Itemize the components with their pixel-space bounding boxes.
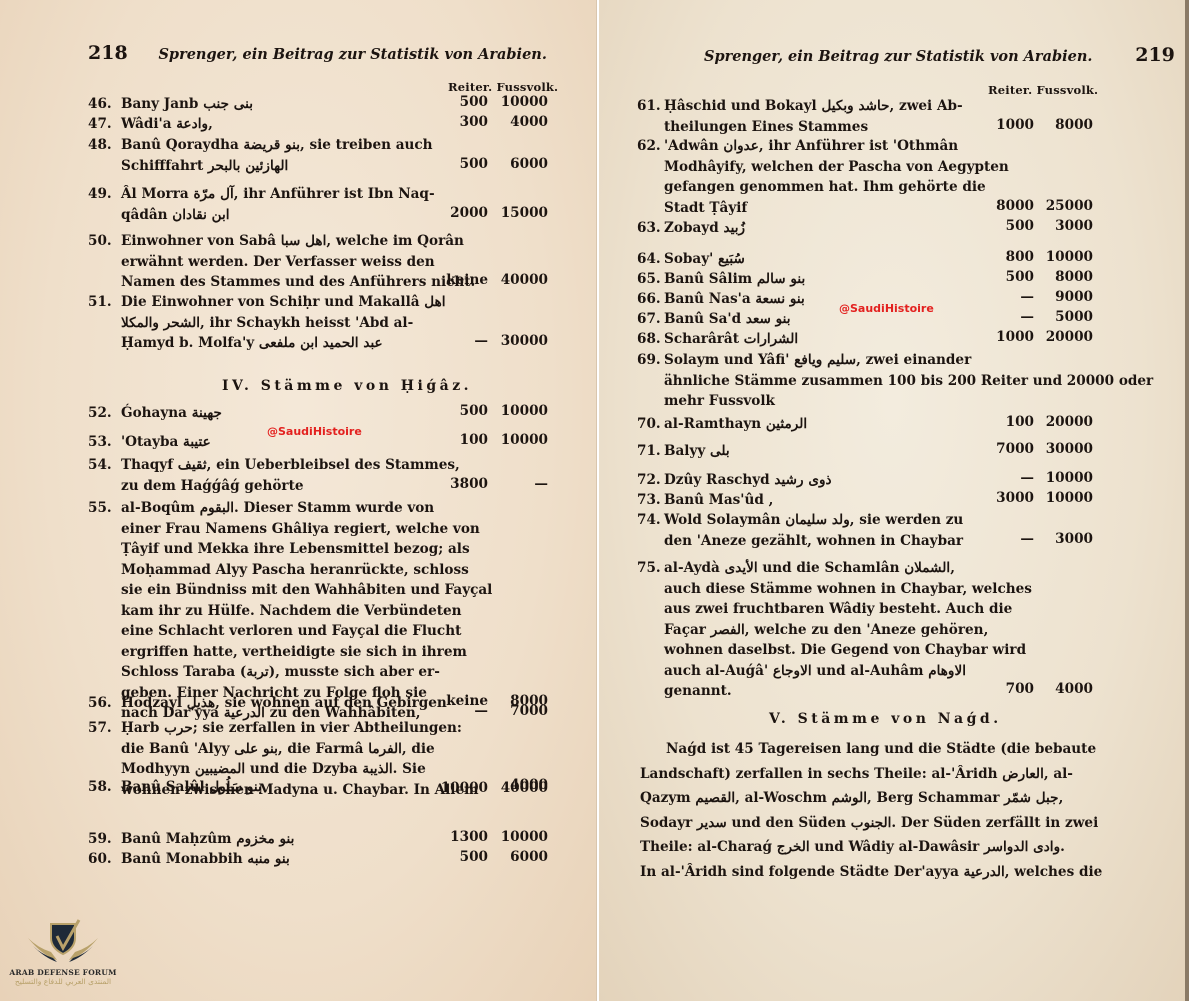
entry-number: 75. <box>637 558 667 579</box>
entry-line: Modhâyify, welchen der Pascha von Aegypt… <box>664 157 1009 178</box>
entry-number: 61. <box>637 96 667 117</box>
reiter-value: 700 <box>939 681 1034 697</box>
fussvolk-value: 20000 <box>1036 414 1093 430</box>
entry-line: al-Aydà الأيدى und die Schamlân الشملان, <box>664 558 1032 579</box>
entry-line: Façar الفصر, welche zu den 'Aneze gehöre… <box>664 620 1032 641</box>
reiter-value: — <box>939 531 1034 547</box>
entry-line: Thaqyf ثقيف, ein Ueberbleibsel des Stamm… <box>121 455 460 476</box>
entry-line: Banû Nas'a بنو نسعة <box>664 289 805 310</box>
entry-line: 'Otayba عتيبة <box>121 432 211 453</box>
entry-line: 'Adwân عدوان, ihr Anführer ist 'Othmân <box>664 136 1009 157</box>
entry-text: 'Otayba عتيبة <box>121 432 211 453</box>
entry-text: Zobayd زُبيد <box>664 218 745 239</box>
fussvolk-value: 10000 <box>490 432 548 448</box>
entry-line: Banû Sa'd بنو سعد <box>664 309 791 330</box>
entry-line: theilungen Eines Stammes <box>664 117 963 138</box>
fussvolk-value: 4000 <box>1036 681 1093 697</box>
fussvolk-value: 10000 <box>490 829 548 845</box>
reiter-value: 500 <box>939 269 1034 285</box>
entry-line: Zobayd زُبيد <box>664 218 745 239</box>
paragraph-line: Sodayr سدير und den Süden الجنوب. Der Sü… <box>640 811 1098 836</box>
entry-number: 74. <box>637 510 667 531</box>
entry-number: 47. <box>88 114 118 135</box>
reiter-value: 500 <box>400 94 488 110</box>
header-fussvolk: Fussvolk. <box>1037 83 1099 97</box>
fussvolk-value: 25000 <box>1036 198 1093 214</box>
entry-text: Balyy بلى <box>664 441 730 462</box>
entry-line: eine Schlacht verloren und Fayçal die Fl… <box>121 621 492 642</box>
entry-line: Schifffahrt الهازئين بالبحر <box>121 156 433 177</box>
entry-line: Wâdi'a وادعة, <box>121 114 213 135</box>
entry-line: Wold Solaymân ولد سليمان, sie werden zu <box>664 510 963 531</box>
fussvolk-value: 40000 <box>490 272 548 288</box>
entry-text: Banû Maḥzûm بنو مخزوم <box>121 829 294 850</box>
reiter-value: — <box>939 470 1034 486</box>
entry-line: Banû Qoraydha بنو قريضة, sie treiben auc… <box>121 135 433 156</box>
entry-line: Banû Sâlim بنو سالم <box>664 269 805 290</box>
entry-text: Solaym und Yâfi' سليم ويافع, zwei einand… <box>664 350 1153 412</box>
fussvolk-value: 10000 <box>490 94 548 110</box>
watermark: @SaudiHistoire <box>839 302 934 315</box>
shield-wings-icon <box>23 918 103 968</box>
logo-name-ar: المنتدى العربي للدفاع والتسليح <box>8 977 118 986</box>
entry-line: al-Ramthayn الرمثين <box>664 414 807 435</box>
reiter-value: 3800 <box>400 476 488 492</box>
fussvolk-value: 4000 <box>490 777 548 793</box>
entry-number: 55. <box>88 498 118 519</box>
reiter-value: 300 <box>400 114 488 130</box>
right-running-head: Sprenger, ein Beitrag zur Statistik von … <box>704 44 1175 66</box>
reiter-value: 500 <box>400 849 488 865</box>
fussvolk-value: 8000 <box>1036 117 1093 133</box>
entry-text: al-Ramthayn الرمثين <box>664 414 807 435</box>
fussvolk-value: 3000 <box>1036 531 1093 547</box>
fussvolk-value: 8000 <box>1036 269 1093 285</box>
entry-text: Banû Sa'd بنو سعد <box>664 309 791 330</box>
entry-line: Die Einwohner von Schiḥr und Makallâ اهل <box>121 292 446 313</box>
entry-text: Banû Qoraydha بنو قريضة, sie treiben auc… <box>121 135 433 176</box>
reiter-value: 500 <box>400 403 488 419</box>
entry-text: Banû Mas'ûd , <box>664 490 773 511</box>
entry-line: Âl Morra آل مرّة, ihr Anführer ist Ibn N… <box>121 184 435 205</box>
entry-text: Dzûy Raschyd ذوى رشيد <box>664 470 832 491</box>
fussvolk-value: 10000 <box>490 403 548 419</box>
entry-number: 48. <box>88 135 118 156</box>
entry-number: 71. <box>637 441 667 462</box>
entry-number: 63. <box>637 218 667 239</box>
entry-line: Scharârât الشرارات <box>664 329 798 350</box>
entry-line: Banû Salûl بنو سَلُول <box>121 777 262 798</box>
paragraph-line: Naǵd ist 45 Tagereisen lang und die Städ… <box>640 737 1098 762</box>
entry-line: Banû Monabbih بنو منبه <box>121 849 290 870</box>
left-column-headers: Reiter. Fussvolk. <box>448 80 558 94</box>
entry-line: auch diese Stämme wohnen in Chaybar, wel… <box>664 579 1032 600</box>
reiter-value: 1000 <box>939 117 1034 133</box>
entry-number: 62. <box>637 136 667 157</box>
fussvolk-value: 10000 <box>1036 490 1093 506</box>
entry-number: 70. <box>637 414 667 435</box>
paragraph-line: Landschaft) zerfallen in sechs Theile: a… <box>640 762 1098 787</box>
reiter-value: — <box>939 289 1034 305</box>
header-reiter: Reiter. <box>988 83 1032 97</box>
entry-number: 65. <box>637 269 667 290</box>
entry-line: mehr Fussvolk <box>664 391 1153 412</box>
entry-number: 72. <box>637 470 667 491</box>
entry-text: Wold Solaymân ولد سليمان, sie werden zud… <box>664 510 963 551</box>
header-reiter: Reiter. <box>448 80 492 94</box>
fussvolk-value: 10000 <box>1036 249 1093 265</box>
fussvolk-value: 8000 <box>490 693 548 709</box>
entry-text: Bany Janb بنى جنب <box>121 94 253 115</box>
entry-line: den 'Aneze gezählt, wohnen in Chaybar <box>664 531 963 552</box>
right-page: Sprenger, ein Beitrag zur Statistik von … <box>599 0 1189 1001</box>
fussvolk-value: 9000 <box>1036 289 1093 305</box>
entry-line: Banû Mas'ûd , <box>664 490 773 511</box>
reiter-value: 100 <box>939 414 1034 430</box>
fussvolk-value: 4000 <box>490 114 548 130</box>
entry-text: Âl Morra آل مرّة, ihr Anführer ist Ibn N… <box>121 184 435 225</box>
entry-text: Banû Salûl بنو سَلُول <box>121 777 262 798</box>
entry-text: Wâdi'a وادعة, <box>121 114 213 135</box>
entry-line: sie ein Bündniss mit den Wahhâbiten und … <box>121 580 492 601</box>
fussvolk-value: — <box>490 476 548 492</box>
right-page-number: 219 <box>1135 44 1175 66</box>
entry-line: Bany Janb بنى جنب <box>121 94 253 115</box>
entry-line: Sobay' سُبَيع <box>664 249 745 270</box>
entry-line: ähnliche Stämme zusammen 100 bis 200 Rei… <box>664 371 1153 392</box>
entry-text: Ḥâschid und Bokayl حاشد وبكيل, zwei Ab-t… <box>664 96 963 137</box>
reiter-value: 10000 <box>400 780 488 796</box>
entry-line: aus zwei fruchtbaren Wâdiy besteht. Auch… <box>664 599 1032 620</box>
section-title-higaz: IV. Stämme von Ḥiǵâz. <box>222 378 472 394</box>
entry-line: Ḥarb حرب; sie zerfallen in vier Abtheilu… <box>121 718 478 739</box>
entry-number: 52. <box>88 403 118 424</box>
entry-line: Balyy بلى <box>664 441 730 462</box>
paragraph-line: In al-'Âridh sind folgende Städte Der'ay… <box>640 860 1098 885</box>
header-fussvolk: Fussvolk. <box>497 80 559 94</box>
entry-text: Banû Monabbih بنو منبه <box>121 849 290 870</box>
entry-number: 69. <box>637 350 667 371</box>
reiter-value: 3000 <box>939 490 1034 506</box>
entry-number: 64. <box>637 249 667 270</box>
left-page: 218 Sprenger, ein Beitrag zur Statistik … <box>0 0 597 1001</box>
entry-line: die Banû 'Alyy بنو على, die Farmâ الفرما… <box>121 739 478 760</box>
entry-number: 73. <box>637 490 667 511</box>
nagd-paragraph: Naǵd ist 45 Tagereisen lang und die Städ… <box>640 737 1098 884</box>
entry-number: 59. <box>88 829 118 850</box>
section-title-nagd: V. Stämme von Naǵd. <box>769 711 1002 727</box>
reiter-value: 7000 <box>939 441 1034 457</box>
entry-line: erwähnt werden. Der Verfasser weiss den <box>121 252 475 273</box>
entry-line: الشحر والمكلا, ihr Schaykh heisst 'Abd a… <box>121 313 446 334</box>
reiter-value: 8000 <box>939 198 1034 214</box>
reiter-value: 800 <box>939 249 1034 265</box>
entry-number: 50. <box>88 231 118 252</box>
entry-line: einer Frau Namens Ghâliya regiert, welch… <box>121 519 492 540</box>
entry-number: 51. <box>88 292 118 313</box>
entry-line: Ḥamyd b. Molfa'y عبد الحميد ابن ملفعى <box>121 333 446 354</box>
reiter-value: keine <box>400 693 488 709</box>
entry-text: al-Boqûm البقوم. Dieser Stamm wurde vone… <box>121 498 492 724</box>
entry-line: Dzûy Raschyd ذوى رشيد <box>664 470 832 491</box>
entry-text: Die Einwohner von Schiḥr und Makallâ اهل… <box>121 292 446 354</box>
entry-number: 46. <box>88 94 118 115</box>
entry-text: Sobay' سُبَيع <box>664 249 745 270</box>
right-running-title: Sprenger, ein Beitrag zur Statistik von … <box>704 48 1092 65</box>
entry-line: Ṭâyif und Mekka ihre Lebensmittel bezog;… <box>121 539 492 560</box>
fussvolk-value: 20000 <box>1036 329 1093 345</box>
reiter-value: 500 <box>400 156 488 172</box>
fussvolk-value: 3000 <box>1036 218 1093 234</box>
entry-text: al-Aydà الأيدى und die Schamlân الشملان,… <box>664 558 1032 702</box>
entry-text: Hodzayl هذيل, sie wohnen auf den Gebirge… <box>121 693 447 714</box>
reiter-value: keine <box>400 272 488 288</box>
entry-line: Ḥâschid und Bokayl حاشد وبكيل, zwei Ab- <box>664 96 963 117</box>
right-column-headers: Reiter. Fussvolk. <box>988 83 1098 97</box>
entry-line: Solaym und Yâfi' سليم ويافع, zwei einand… <box>664 350 1153 371</box>
entry-line: kam ihr zu Hülfe. Nachdem die Verbündete… <box>121 601 492 622</box>
entry-number: 60. <box>88 849 118 870</box>
entry-number: 49. <box>88 184 118 205</box>
entry-number: 67. <box>637 309 667 330</box>
arab-defense-forum-logo: ARAB DEFENSE FORUM المنتدى العربي للدفاع… <box>8 918 118 1000</box>
logo-name-en: ARAB DEFENSE FORUM <box>8 968 118 977</box>
fussvolk-value: 5000 <box>1036 309 1093 325</box>
reiter-value: 2000 <box>400 205 488 221</box>
watermark: @SaudiHistoire <box>267 425 362 438</box>
entry-line: al-Boqûm البقوم. Dieser Stamm wurde von <box>121 498 492 519</box>
entry-line: Einwohner von Sabâ اهل سبا, welche im Qo… <box>121 231 475 252</box>
reiter-value: 1300 <box>400 829 488 845</box>
paragraph-line: Theile: al-Charaǵ الخرج und Wâdiy al-Daw… <box>640 835 1098 860</box>
entry-line: Schloss Taraba (تربة), musste sich aber … <box>121 662 492 683</box>
entry-line: qâdân ابن نقادان <box>121 205 435 226</box>
reiter-value: 1000 <box>939 329 1034 345</box>
reiter-value: 500 <box>939 218 1034 234</box>
left-running-title: Sprenger, ein Beitrag zur Statistik von … <box>158 46 546 63</box>
entry-line: gefangen genommen hat. Ihm gehörte die <box>664 177 1009 198</box>
entry-text: Banû Nas'a بنو نسعة <box>664 289 805 310</box>
entry-number: 53. <box>88 432 118 453</box>
entry-line: Banû Maḥzûm بنو مخزوم <box>121 829 294 850</box>
entry-number: 56. <box>88 693 118 714</box>
entry-line: Ǵohayna جهينة <box>121 403 222 424</box>
fussvolk-value: 6000 <box>490 156 548 172</box>
entry-line: Hodzayl هذيل, sie wohnen auf den Gebirge… <box>121 693 447 714</box>
entry-line: Moḥammad Alyy Pascha heranrückte, schlos… <box>121 560 492 581</box>
entry-number: 66. <box>637 289 667 310</box>
entry-number: 58. <box>88 777 118 798</box>
fussvolk-value: 10000 <box>1036 470 1093 486</box>
fussvolk-value: 6000 <box>490 849 548 865</box>
paragraph-line: Qazym القصيم, al-Woschm الوشم, Berg Scha… <box>640 786 1098 811</box>
entry-text: Banû Sâlim بنو سالم <box>664 269 805 290</box>
reiter-value: 100 <box>400 432 488 448</box>
fussvolk-value: 15000 <box>490 205 548 221</box>
reiter-value: — <box>400 333 488 349</box>
fussvolk-value: 30000 <box>1036 441 1093 457</box>
entry-text: Scharârât الشرارات <box>664 329 798 350</box>
reiter-value: — <box>939 309 1034 325</box>
fussvolk-value: 30000 <box>490 333 548 349</box>
entry-line: ergriffen hatte, vertheidigte sie sich i… <box>121 642 492 663</box>
entry-number: 54. <box>88 455 118 476</box>
entry-number: 57. <box>88 718 118 739</box>
entry-number: 68. <box>637 329 667 350</box>
left-page-number: 218 <box>88 42 128 64</box>
left-running-head: 218 Sprenger, ein Beitrag zur Statistik … <box>88 42 547 64</box>
entry-line: auch al-Auǵâ' الاوجاع und al-Auhâm الاوه… <box>664 661 1032 682</box>
entry-line: wohnen daselbst. Die Gegend von Chaybar … <box>664 640 1032 661</box>
entry-text: Ǵohayna جهينة <box>121 403 222 424</box>
